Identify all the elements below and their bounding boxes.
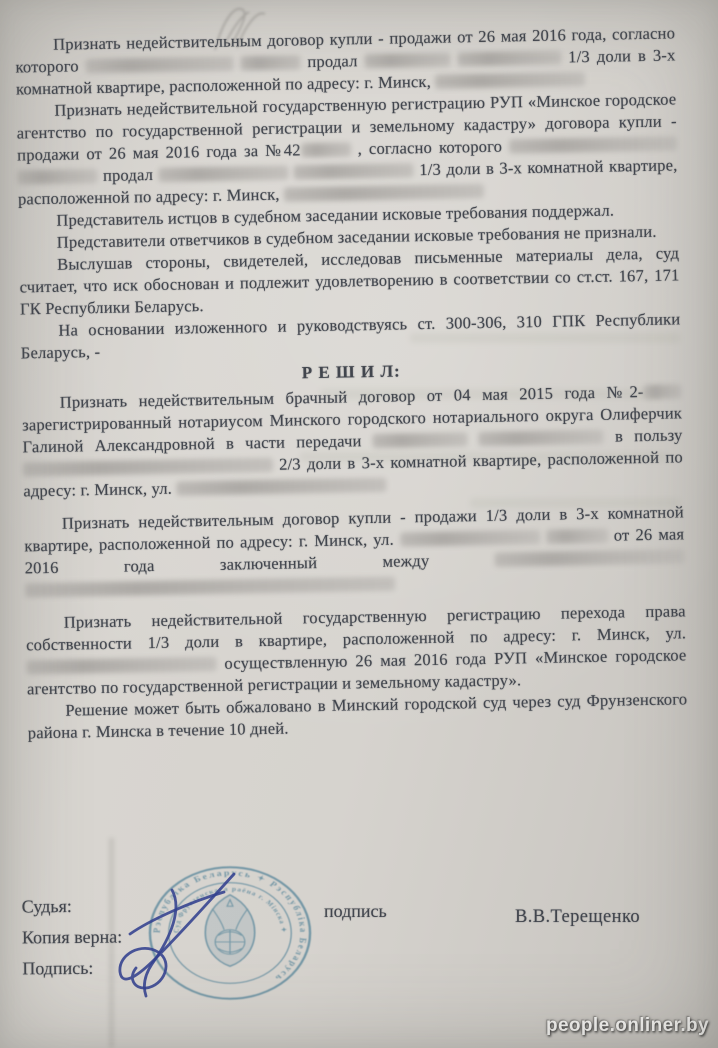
redacted-region bbox=[509, 136, 677, 153]
redacted-region bbox=[400, 530, 540, 547]
redacted-region bbox=[373, 432, 468, 448]
redacted-region bbox=[86, 57, 234, 74]
paragraph-invalidate-marriage-contract: Признать недействительным брачный догово… bbox=[22, 380, 684, 502]
court-decision-photo: Признать недействительным договор купли … bbox=[0, 0, 718, 1048]
watermark: people.onliner.by bbox=[546, 1015, 709, 1037]
paragraph-invalidate-state-registration: Признать недействительной государственну… bbox=[16, 88, 678, 210]
redacted-region bbox=[294, 163, 414, 179]
redacted-region bbox=[495, 549, 685, 566]
redacted-region bbox=[479, 430, 604, 446]
redacted-region bbox=[284, 184, 484, 202]
redacted-region bbox=[23, 458, 273, 477]
redacted-region bbox=[17, 169, 97, 184]
redacted-region bbox=[301, 142, 351, 157]
redacted-region bbox=[176, 478, 386, 496]
redacted-region bbox=[435, 72, 585, 89]
redacted-region bbox=[546, 529, 608, 544]
redacted-region bbox=[457, 50, 561, 66]
redacted-region bbox=[25, 577, 395, 598]
redacted-region bbox=[158, 166, 288, 182]
paragraph-invalidate-ownership-transfer: Признать недействительной государственну… bbox=[26, 600, 688, 700]
redacted-region bbox=[240, 55, 300, 70]
paragraph-invalidate-sale-contract: Признать недействительным договор купли … bbox=[15, 22, 676, 100]
court-decision-text: Признать недействительным договор купли … bbox=[15, 22, 688, 744]
handwritten-signature bbox=[106, 868, 266, 1010]
signature-word: подпись bbox=[324, 901, 387, 922]
paragraph-court-conclusion: Выслушав стороны, свидетелей, исследовав… bbox=[19, 242, 680, 320]
redacted-region bbox=[26, 657, 216, 674]
redacted-region bbox=[644, 384, 682, 399]
judge-name: В.В.Терещенко bbox=[515, 907, 640, 928]
paragraph-invalidate-sale-contract-share: Признать недействительным договор купли … bbox=[24, 501, 686, 601]
redacted-region bbox=[364, 53, 450, 69]
